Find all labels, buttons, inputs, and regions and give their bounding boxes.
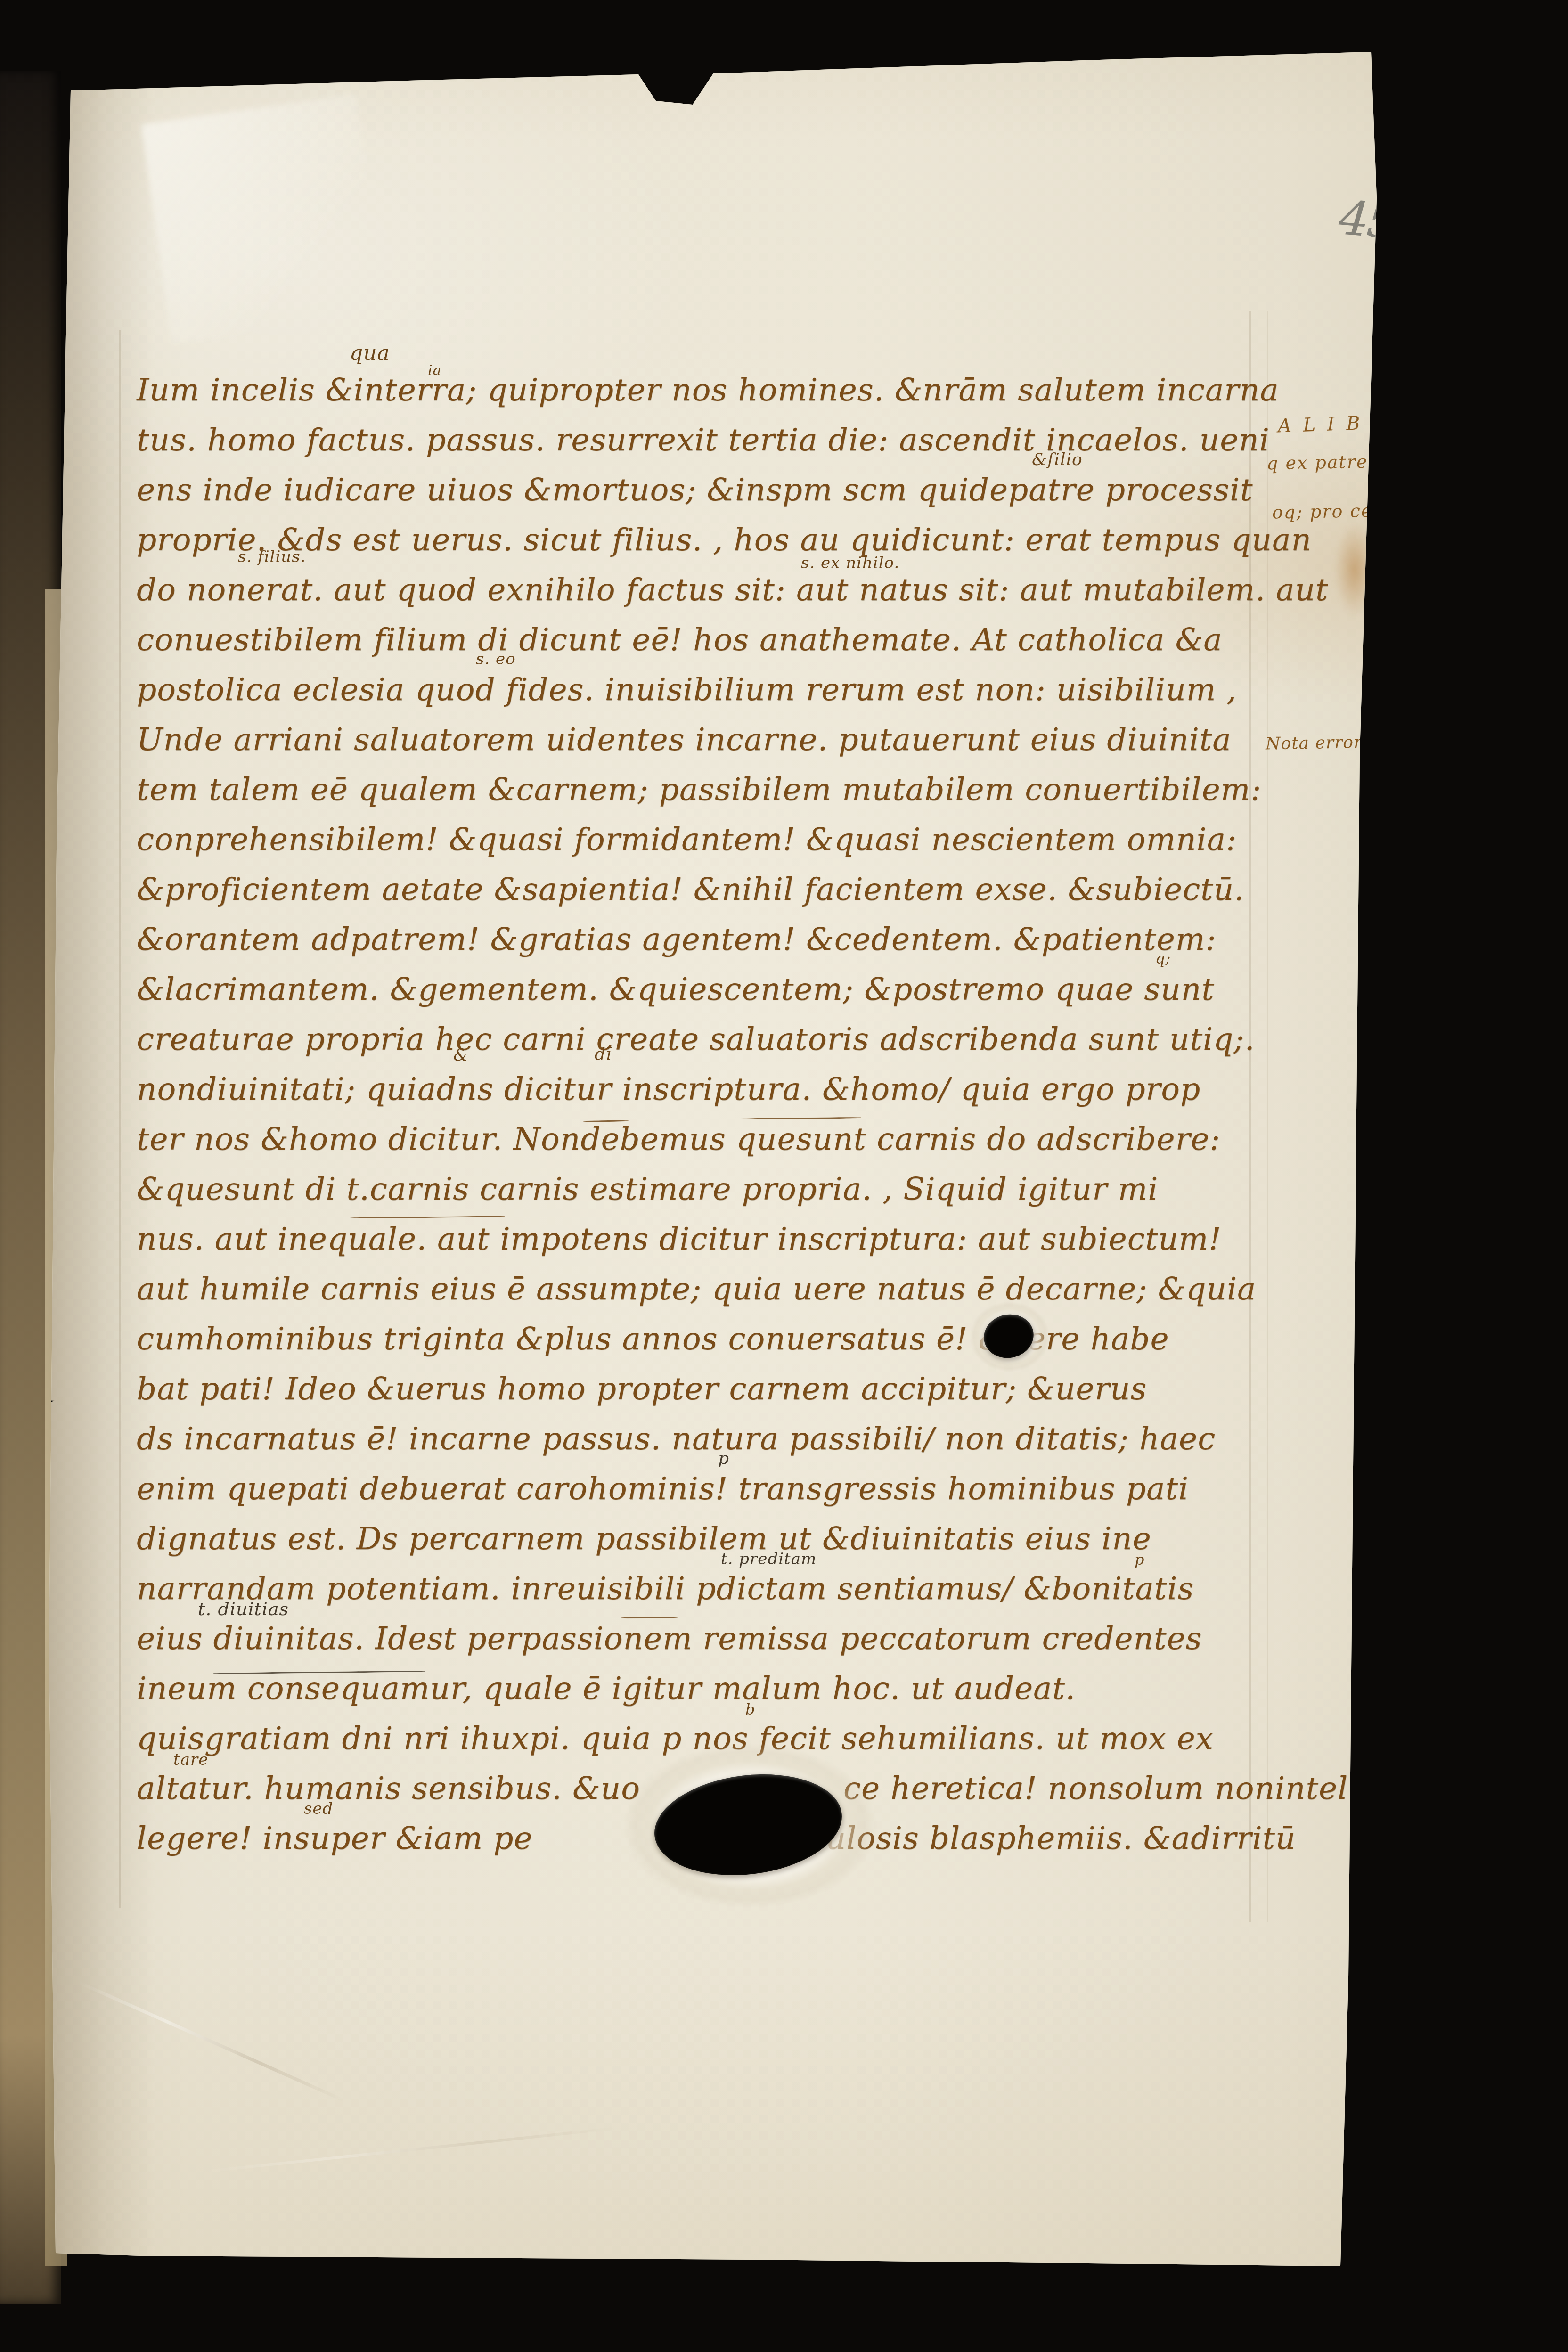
manuscript-line-23: enim quepati debuerat carohominis! trans… [137,1473,1189,1504]
interlinear-gloss: sed [304,1801,333,1817]
manuscript-line-21: bat pati! Ideo &uerus homo propter carne… [137,1373,1147,1405]
manuscript-line-29: ce heretica! nonsolum nonintel [843,1773,1348,1804]
manuscript-line-2: tus. homo factus. passus. resurrexit ter… [137,425,1270,456]
interlinear-gloss: ia [428,364,441,378]
manuscript-line-8: Unde arriani saluatorem uidentes incarne… [137,724,1232,755]
manuscript-line-22: ds incarnatus ē! incarne passus. natura … [137,1423,1216,1454]
manuscript-line-18: nus. aut inequale. aut impotens dicitur … [137,1224,1222,1255]
interlinear-gloss: t. diuitias [198,1600,289,1618]
manuscript-line-26: eius diuinitas. Idest perpassionem remis… [137,1623,1202,1654]
manuscript-line-14: creaturae propria hec carni create salua… [137,1024,1255,1055]
manuscript-line-5: do nonerat. aut quod exnihilo factus sit… [137,574,1328,605]
interlinear-gloss: qua [350,343,390,364]
folio-number: 45 [1337,190,1397,250]
parchment-page: 45 Ium incelis &interra; quipropter nos … [0,0,1568,2352]
manuscript-line-29: altatur. humanis sensibus. &uo [137,1773,640,1804]
margin-note: A L I B I · [1277,412,1400,435]
manuscript-line-9: tem talem eē qualem &carnem; passibilem … [137,774,1262,805]
margin-note: q ex patre fili [1266,452,1403,472]
interlinear-gloss: &filio [1032,451,1083,468]
interlinear-gloss: & [453,1047,469,1064]
manuscript-line-10: conprehensibilem! &quasi formidantem! &q… [137,824,1237,855]
interlinear-gloss: q; [1155,951,1171,966]
ruling-line-left [119,330,121,1908]
manuscript-line-17: &quesunt di t.carnis carnis estimare pro… [137,1174,1158,1205]
manuscript-line-13: &lacrimantem. &gementem. &quiescentem; &… [137,974,1215,1005]
manuscript-line-28: quisgratiam dni nri ihuxpi. quia p nos f… [137,1723,1214,1754]
interlinear-gloss: t. preditam [721,1551,817,1567]
manuscript-line-19: aut humile carnis eius ē assumpte; quia … [137,1274,1256,1305]
margin-note: oq; pro cedit · [1272,501,1413,521]
manuscript-line-11: &proficientem aetate &sapientia! &nihil … [137,874,1244,905]
manuscript-line-15: nondiuinitati; quiadns dicitur inscriptu… [137,1074,1200,1105]
manuscript-line-6: conuestibilem filium di dicunt eē! hos a… [137,624,1223,655]
interlinear-gloss: p [718,1450,729,1467]
manuscript-line-1: Ium incelis &interra; quipropter nos hom… [137,375,1279,406]
manuscript-photo: 45 Ium incelis &interra; quipropter nos … [0,0,1568,2352]
interlinear-gloss: s. ex nihilo. [801,555,899,571]
interlinear-gloss: tare [173,1752,208,1768]
margin-note: Nota errore arrianoʒ [1266,732,1455,752]
margin-mark: r [1364,1073,1371,1089]
manuscript-line-25: narrandam potentiam. inreuisibili pdicta… [137,1573,1194,1604]
manuscript-line-27: ineum consequamur, quale ē igitur malum … [137,1673,1076,1704]
interlinear-gloss: s. eo [476,651,516,667]
interlinear-gloss: dī [595,1046,612,1063]
interlinear-gloss: s. filius. [238,549,306,565]
manuscript-line-4: proprie. &ds est uerus. sicut filius. , … [137,524,1312,555]
interlinear-gloss: b [745,1702,755,1717]
margin-mark: r [1362,1613,1369,1629]
manuscript-line-16: ter nos &homo dicitur. Nondebemus quesun… [137,1124,1221,1155]
manuscript-line-30: legere! insuper &iam pe [137,1823,533,1854]
interlinear-gloss: p [1135,1552,1144,1567]
manuscript-line-7: postolica eclesia quod fides. inuisibili… [137,674,1237,705]
manuscript-line-12: &orantem adpatrem! &gratias agentem! &ce… [137,924,1217,955]
manuscript-line-24: dignatus est. Ds percarnem passibilem ut… [137,1523,1151,1554]
manuscript-line-3: ens inde iudicare uiuos &mortuos; &inspm… [137,474,1253,506]
stain [1334,523,1375,617]
corner-fold [141,94,387,343]
